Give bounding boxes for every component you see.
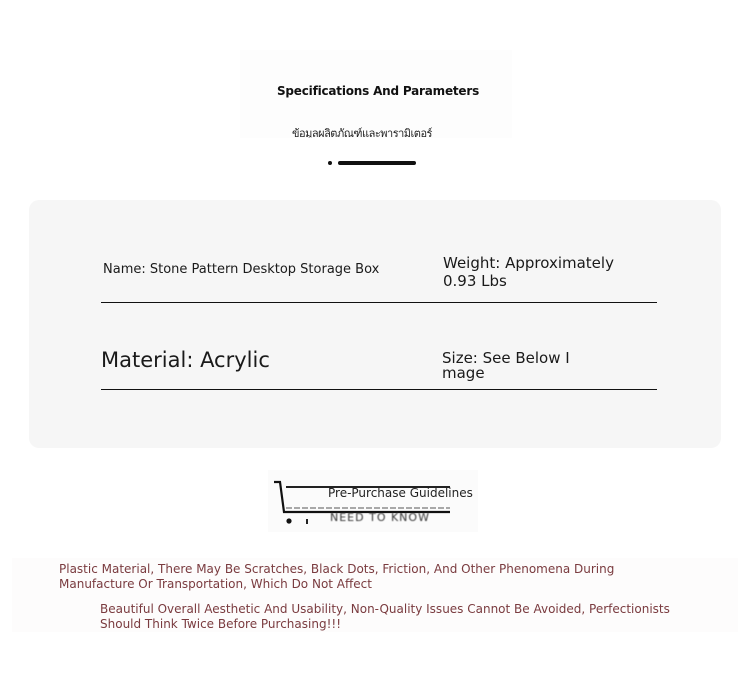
notice-text-2: Beautiful Overall Aesthetic And Usabilit… xyxy=(100,602,670,632)
spec-weight: Weight: Approximately 0.93 Lbs xyxy=(443,254,633,290)
section-subtitle-garbled: ข้อมูลผลิตภัณฑ์และพารามิเตอร์ xyxy=(292,124,466,138)
section-title: Specifications And Parameters xyxy=(240,84,516,98)
spec-divider-1 xyxy=(101,302,657,303)
spec-size: Size: See Below Image xyxy=(442,351,572,381)
spec-divider-2 xyxy=(101,389,657,390)
title-underline-bar xyxy=(338,161,416,165)
guidelines-subtitle-garbled: NEED TO KNOW xyxy=(330,511,450,525)
spec-material: Material: Acrylic xyxy=(101,347,270,373)
specs-card xyxy=(29,200,721,448)
title-dot-decoration xyxy=(328,161,332,165)
notice-text-1: Plastic Material, There May Be Scratches… xyxy=(59,562,689,592)
guidelines-label: Pre-Purchase Guidelines xyxy=(328,486,473,500)
spec-name: Name: Stone Pattern Desktop Storage Box xyxy=(103,262,379,277)
